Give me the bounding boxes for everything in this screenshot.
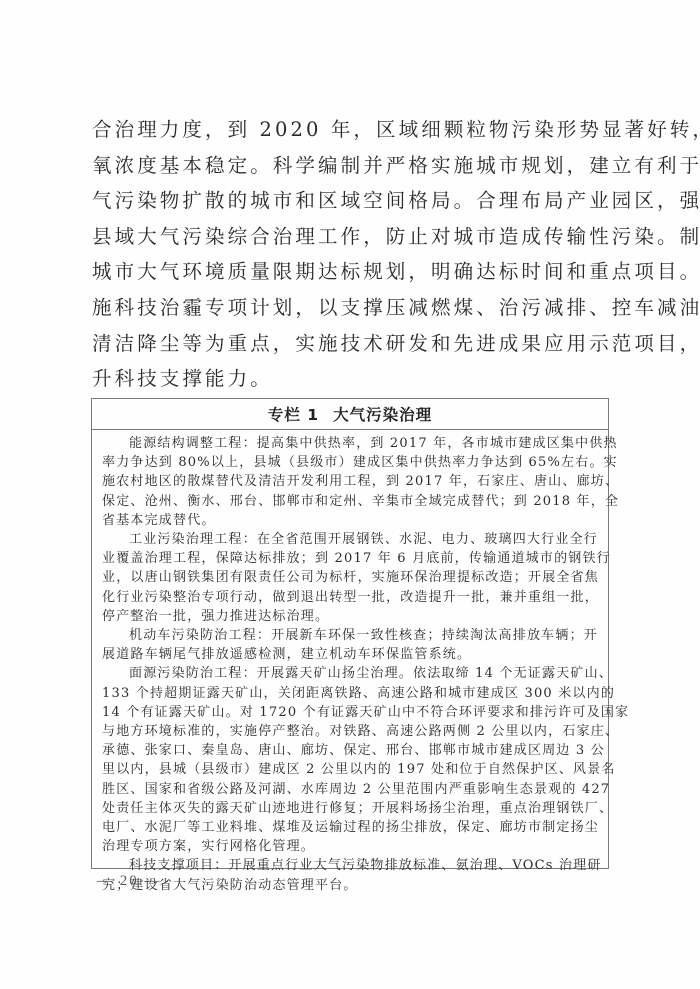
box-line: 里以内，县城（县级市）建成区 2 公里以内的 197 处和位于自然保护区、风景名	[102, 760, 598, 779]
page-number: — 20 —	[97, 873, 162, 890]
box-line: 能源结构调整工程：提高集中供热率，到 2017 年，各市城市建成区集中供热	[102, 434, 598, 453]
box-line: 业，以唐山钢铁集团有限责任公司为标杆，实施环保治理提标改造；开展全省焦	[102, 568, 598, 587]
box-content: 能源结构调整工程：提高集中供热率，到 2017 年，各市城市建成区集中供热 率力…	[92, 430, 608, 895]
body-line: 县域大气污染综合治理工作，防止对城市造成传输性污染。制定	[92, 219, 612, 255]
box-line: 与地方环境标准的，实施停产整治。对铁路、高速公路两侧 2 公里以内，石家庄、	[102, 722, 598, 741]
body-line: 施科技治霾专项计划，以支撑压减燃煤、治污减排、控车减油、	[92, 290, 612, 326]
box-line: 展道路车辆尾气排放遥感检测，建立机动车环保监管系统。	[102, 645, 598, 664]
box-paragraph-energy: 能源结构调整工程：提高集中供热率，到 2017 年，各市城市建成区集中供热 率力…	[102, 434, 598, 530]
box-line: 面源污染防治工程：开展露天矿山扬尘治理。依法取缔 14 个无证露天矿山、	[102, 664, 598, 683]
box-paragraph-tech: 科技支撑项目：开展重点行业大气污染物排放标准、氨治理、VOCs 治理研 究；建设…	[102, 856, 598, 894]
box-paragraph-industry: 工业污染治理工程：在全省范围开展钢铁、水泥、电力、玻璃四大行业全行 业覆盖治理工…	[102, 530, 598, 626]
box-title: 专栏 1 大气污染治理	[92, 399, 608, 430]
body-line: 清洁降尘等为重点，实施技术研发和先进成果应用示范项目，提	[92, 326, 612, 362]
box-line: 133 个持超期证露天矿山，关闭距离铁路、高速公路和城市建成区 300 米以内的	[102, 684, 598, 703]
body-line: 合治理力度，到 2020 年，区域细颗粒物污染形势显著好转，臭	[92, 112, 612, 148]
box-number: 专栏 1	[268, 403, 319, 425]
body-paragraph: 合治理力度，到 2020 年，区域细颗粒物污染形势显著好转，臭 氧浓度基本稳定。…	[92, 112, 612, 397]
box-line: 胜区、国家和省级公路及河湖、水库周边 2 公里范围内严重影响生态景观的 427	[102, 780, 598, 799]
box-line: 业覆盖治理工程，保障达标排放；到 2017 年 6 月底前，传输通道城市的钢铁行	[102, 549, 598, 568]
body-line: 升科技支撑能力。	[92, 361, 612, 397]
box-line: 治理专项方案，实行网格化管理。	[102, 837, 598, 856]
box-line: 工业污染治理工程：在全省范围开展钢铁、水泥、电力、玻璃四大行业全行	[102, 530, 598, 549]
box-line: 省基本完成替代。	[102, 511, 598, 530]
box-line: 承德、张家口、秦皇岛、唐山、廊坊、保定、邢台、邯郸市城市建成区周边 3 公	[102, 741, 598, 760]
box-line: 施农村地区的散煤替代及清洁开发利用工程，到 2017 年，石家庄、唐山、廊坊、	[102, 472, 598, 491]
box-line: 保定、沧州、衡水、邢台、邯郸市和定州、辛集市全域完成替代；到 2018 年，全	[102, 492, 598, 511]
box-title-text: 大气污染治理	[333, 403, 432, 425]
body-line: 氧浓度基本稳定。科学编制并严格实施城市规划，建立有利于大	[92, 148, 612, 184]
box-line: 14 个有证露天矿山。对 1720 个有证露天矿山中不符合环评要求和排污许可及国…	[102, 703, 598, 722]
box-paragraph-nonpoint: 面源污染防治工程：开展露天矿山扬尘治理。依法取缔 14 个无证露天矿山、 133…	[102, 664, 598, 856]
body-line: 城市大气环境质量限期达标规划，明确达标时间和重点项目。实	[92, 254, 612, 290]
box-paragraph-vehicle: 机动车污染防治工程：开展新车环保一致性核查；持续淘汰高排放车辆；开 展道路车辆尾…	[102, 626, 598, 664]
box-line: 化行业污染整治专项行动，做到退出转型一批，改造提升一批，兼并重组一批，	[102, 588, 598, 607]
box-line: 电厂、水泥厂等工业料堆、煤堆及运输过程的扬尘排放，保定、廊坊市制定扬尘	[102, 818, 598, 837]
box-line: 停产整治一批，强力推进达标治理。	[102, 607, 598, 626]
box-line: 处责任主体灭失的露天矿山迹地进行修复；开展料场扬尘治理，重点治理钢铁厂、	[102, 799, 598, 818]
body-line: 气污染物扩散的城市和区域空间格局。合理布局产业园区，强化	[92, 183, 612, 219]
sidebar-box-column-1: 专栏 1 大气污染治理 能源结构调整工程：提高集中供热率，到 2017 年，各市…	[91, 398, 609, 869]
box-line: 机动车污染防治工程：开展新车环保一致性核查；持续淘汰高排放车辆；开	[102, 626, 598, 645]
box-line: 究；建设省大气污染防治动态管理平台。	[102, 876, 598, 895]
box-line: 科技支撑项目：开展重点行业大气污染物排放标准、氨治理、VOCs 治理研	[102, 856, 598, 875]
box-line: 率力争达到 80%以上，县城（县级市）建成区集中供热率力争达到 65%左右。实	[102, 453, 598, 472]
